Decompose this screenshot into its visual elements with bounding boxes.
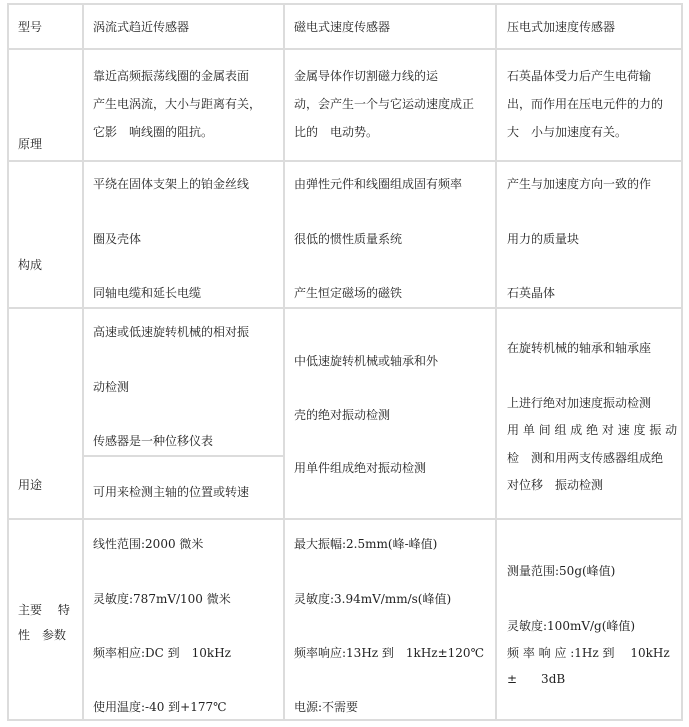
header-magnetoelectric-velocity-sensor: 磁电式速度传感器 [294,20,390,34]
cell-text: 产生电涡流，大小与距离有关， [93,97,261,111]
cell-text: 圈及壳体 [93,232,141,246]
cell-text: 最大振幅:2.5mm(峰-峰值) [294,537,437,551]
cell-text: 石英晶体 [507,286,555,300]
inner-divider [83,455,283,457]
cell-text: 传感器是一种位移仪表 [93,434,213,448]
sensor-comparison-table: 型号 涡流式趋近传感器 磁电式速度传感器 压电式加速度传感器 原理 靠近高频振荡… [7,3,683,721]
cell-text: 它影 响线圈的阻抗。 [93,125,213,139]
row-divider [7,518,683,520]
table-border-right [681,3,683,721]
cell-text: 频 率 响 应 :1Hz 到 10kHz [507,646,670,660]
col-divider [82,3,84,721]
cell-text: 用力的质量块 [507,232,579,246]
cell-text: 比的 电动势。 [294,125,378,139]
cell-text: 电源:不需要 [294,700,358,714]
row-label: 主要 特 [18,603,70,617]
table-border-left [7,3,9,721]
cell-text: 在旋转机械的轴承和轴承座 [507,341,651,355]
cell-text: 产生与加速度方向一致的作 [507,177,651,191]
cell-text: 线性范围:2000 微米 [93,537,203,551]
cell-text: 测量范围:50g(峰值) [507,564,615,578]
cell-text: 同轴电缆和延长电缆 [93,286,201,300]
cell-text: 检 测和用两支传感器组成绝 [507,451,663,465]
cell-text: 用单件组成绝对振动检测 [294,461,426,475]
cell-text: 大 小与加速度有关。 [507,125,627,139]
cell-text: 对位移 振动检测 [507,478,603,492]
header-model: 型号 [18,20,42,34]
row-label: 性 参数 [18,628,66,642]
header-piezoelectric-accelerometer: 压电式加速度传感器 [507,20,615,34]
cell-text: 高速或低速旋转机械的相对振 [93,325,249,339]
cell-text: 频率响应:13Hz 到 1kHz±120℃ [294,646,484,660]
cell-text: 中低速旋转机械或轴承和外 [294,354,438,368]
cell-text: 可用来检测主轴的位置或转速 [93,485,249,499]
cell-text: 上进行绝对加速度振动检测 [507,396,651,410]
row-divider [7,160,683,162]
cell-text: 使用温度:-40 到+177℃ [93,700,227,714]
row-divider [7,48,683,50]
table-border-bottom [7,719,683,721]
cell-text: 石英晶体受力后产生电荷输 [507,69,651,83]
row-label: 构成 [18,258,42,272]
cell-text: 靠近高频振荡线圈的金属表面 [93,69,249,83]
cell-text: 由弹性元件和线圈组成固有频率 [294,177,462,191]
col-divider [283,3,285,721]
row-divider [7,307,683,309]
cell-text: 平绕在固体支架上的铂金丝线 [93,177,249,191]
cell-text: 灵敏度:100mV/g(峰值) [507,619,635,633]
cell-text: 金属导体作切割磁力线的运 [294,69,438,83]
cell-text: 灵敏度:787mV/100 微米 [93,592,231,606]
row-label: 用途 [18,478,42,492]
cell-text: 灵敏度:3.94mV/mm/s(峰值) [294,592,451,606]
row-label: 原理 [18,137,42,151]
cell-text: 出，而作用在压电元件的力的 [507,97,663,111]
cell-text: 频率相应:DC 到 10kHz [93,646,231,660]
table-border-top [7,3,683,5]
cell-text: 用 单 间 组 成 绝 对 速 度 振 动 [507,423,677,437]
header-eddy-current-sensor: 涡流式趋近传感器 [93,20,189,34]
cell-text: 动检测 [93,380,129,394]
cell-text: 产生恒定磁场的磁铁 [294,286,402,300]
cell-text: ± 3dB [507,672,565,686]
cell-text: 壳的绝对振动检测 [294,408,390,422]
cell-text: 很低的惯性质量系统 [294,232,402,246]
col-divider [495,3,497,721]
cell-text: 动，会产生一个与它运动速度成正 [294,97,474,111]
